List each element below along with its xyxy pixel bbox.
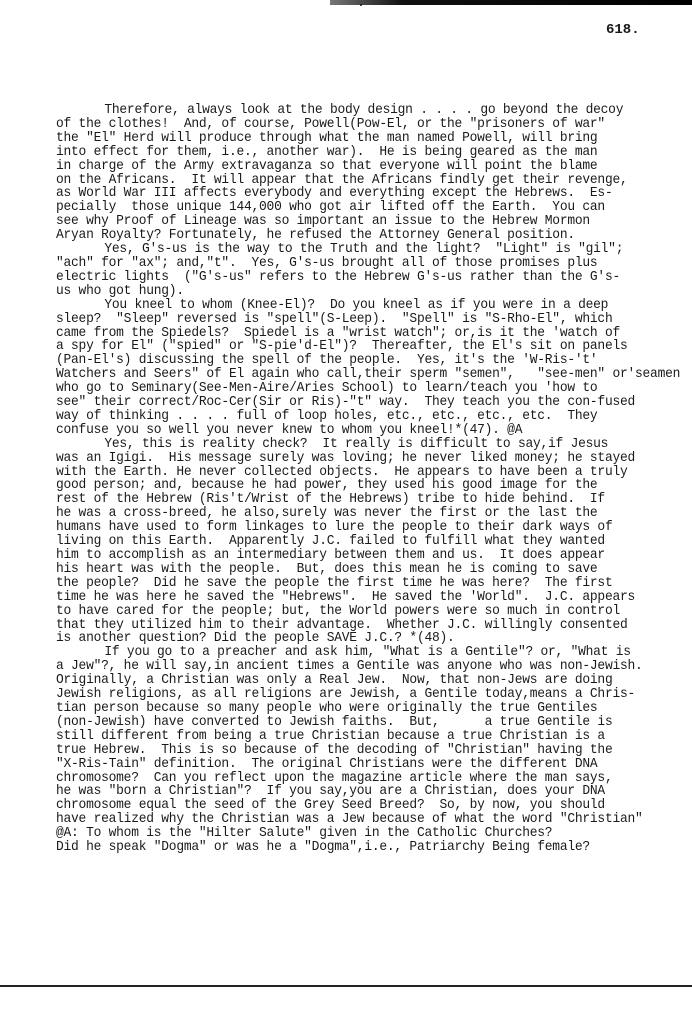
page-number: 618. [606,22,640,38]
bottom-rule [0,985,692,987]
document-body: Therefore, always look at the body desig… [56,104,692,855]
scan-edge-shadow [330,0,692,5]
scan-speck [360,4,362,6]
text-line: Did he speak "Dogma" or was he a "Dogma"… [56,841,651,855]
